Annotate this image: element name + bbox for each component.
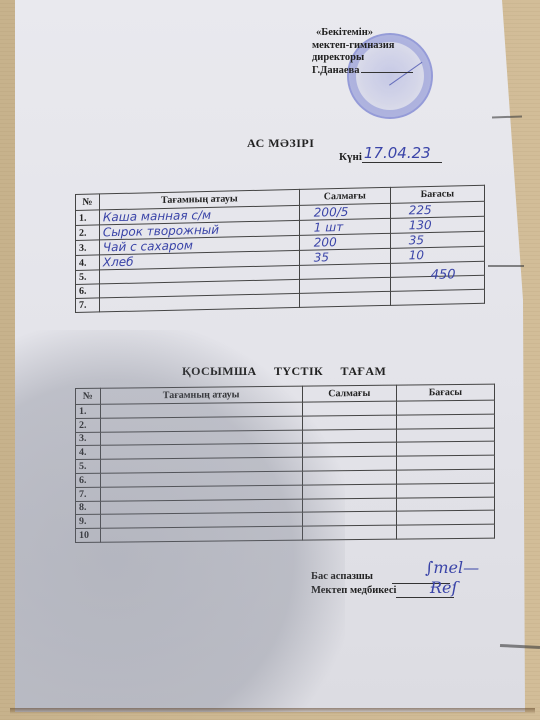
- price-cell: [396, 510, 494, 525]
- weight-cell: [302, 456, 396, 471]
- weight-cell: [302, 484, 396, 499]
- price-cell: [396, 483, 494, 498]
- date-row: Күні17.04.23: [339, 150, 442, 163]
- dish-name: Сырок творожный: [103, 223, 219, 240]
- price-cell: [396, 455, 494, 470]
- weight-cell: [302, 415, 396, 430]
- weight-cell: [302, 470, 396, 485]
- weight-cell: [302, 512, 396, 527]
- weight-cell: [302, 498, 396, 513]
- dish-weight: 200/5: [314, 205, 349, 220]
- date-field: 17.04.23: [362, 150, 442, 163]
- signature-line: [361, 72, 413, 73]
- weight-cell: [302, 443, 396, 458]
- dish-weight: 35: [314, 250, 329, 264]
- price-cell: [396, 428, 494, 443]
- chef-signature: ∫mel—: [425, 558, 479, 577]
- price-cell: [396, 414, 494, 429]
- dish-price: 35: [409, 233, 424, 247]
- approval-heading: «Бекітемін»: [312, 27, 413, 40]
- approval-school: мектеп-гимназия: [312, 40, 413, 53]
- side-dish-title: ҚОСЫМША ТҮСТІК ТАҒАМ: [182, 364, 386, 379]
- dish-price: 225: [409, 203, 432, 218]
- row-num: 8.: [76, 501, 101, 515]
- row-num: 9.: [76, 515, 101, 529]
- header-num: №: [76, 194, 100, 211]
- approval-role: директоры: [312, 52, 413, 65]
- dish-price: 10: [409, 248, 424, 262]
- menu-title: АС МӘЗІРІ: [247, 136, 314, 151]
- dish-weight: 200: [314, 235, 337, 250]
- row-num: 1.: [76, 404, 101, 418]
- price-cell: [396, 469, 494, 484]
- pen-mark: [488, 265, 524, 267]
- approval-director-name: Г.Данаева: [312, 65, 359, 76]
- weight-cell: [302, 525, 396, 540]
- price-cell: [396, 441, 494, 456]
- row-num: 2.: [76, 225, 100, 241]
- paper-bottom-edge: [10, 708, 535, 714]
- price-cell: [396, 524, 494, 539]
- menu-sheet: [15, 0, 525, 712]
- main-menu-table: № Тағамның атауы Салмағы Бағасы 1.Каша м…: [75, 185, 485, 313]
- price-cell: [396, 400, 494, 415]
- nurse-signature: Ɍeſ: [430, 578, 457, 597]
- dish-name-cell: [100, 526, 302, 542]
- row-num: 7.: [76, 298, 100, 313]
- row-num: 1.: [76, 210, 100, 226]
- header-num: №: [76, 388, 101, 404]
- dish-price: 130: [409, 218, 432, 233]
- date-value: 17.04.23: [364, 144, 431, 162]
- row-num: 6.: [76, 473, 101, 487]
- price-cell: [390, 289, 484, 305]
- dish-weight: 1 шт: [314, 220, 343, 235]
- row-num: 4.: [76, 255, 100, 271]
- weight-cell: [302, 429, 396, 444]
- header-price: Бағасы: [396, 384, 494, 401]
- dish-name: Чай с сахаром: [103, 238, 193, 254]
- nurse-label: Мектеп медбикесі: [311, 585, 396, 596]
- approval-block: «Бекітемін» мектеп-гимназия директоры Г.…: [312, 27, 413, 77]
- row-num: 4.: [76, 446, 101, 460]
- row-num: 7.: [76, 487, 101, 501]
- dish-name: Каша манная с/м: [103, 208, 211, 224]
- row-num: 6.: [76, 284, 100, 299]
- weight-cell: [302, 401, 396, 416]
- price-cell: [396, 497, 494, 512]
- row-num: 2.: [76, 418, 101, 432]
- row-num: 10: [76, 528, 101, 542]
- weight-cell: [299, 291, 390, 307]
- row-num: 3.: [76, 240, 100, 256]
- side-dish-table: № Тағамның атауы Салмағы Бағасы 1.2.3.4.…: [75, 384, 495, 543]
- dish-name: Хлеб: [103, 255, 134, 270]
- row-num: 5.: [76, 459, 101, 473]
- header-weight: Салмағы: [302, 385, 396, 402]
- row-num: 3.: [76, 432, 101, 446]
- chef-label: Бас аспазшы: [311, 571, 373, 582]
- row-num: 5.: [76, 270, 100, 285]
- date-label: Күні: [339, 151, 362, 163]
